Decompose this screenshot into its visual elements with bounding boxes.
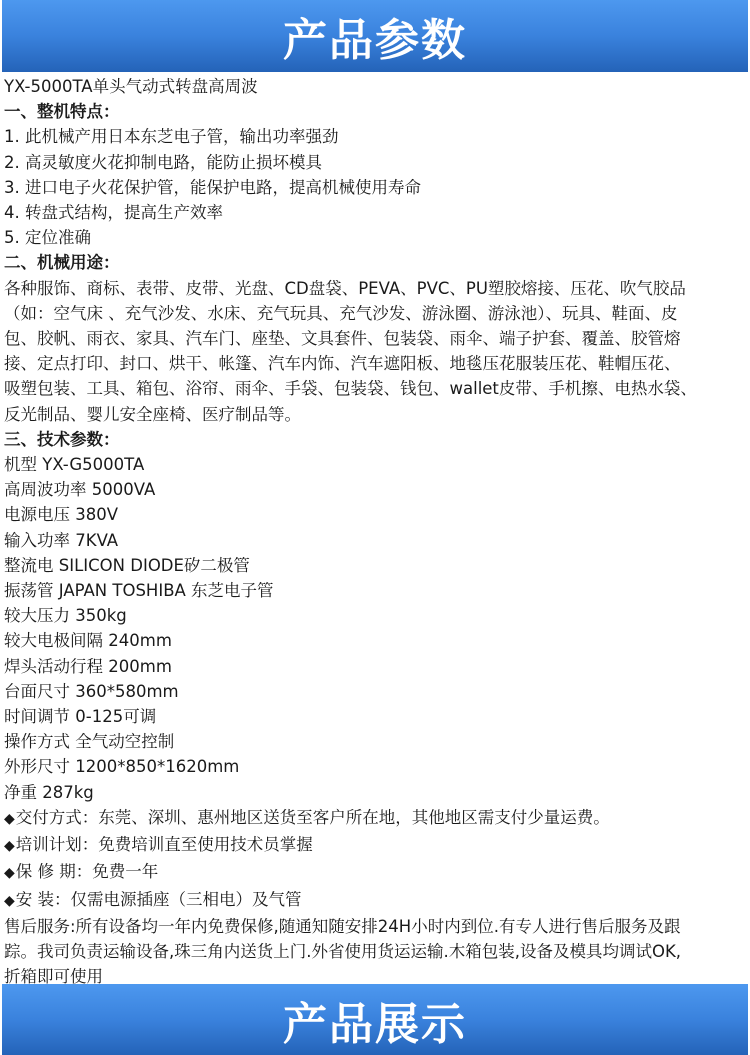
service-text: 交付方式：东莞、深圳、惠州地区送货至客户所在地，其他地区需支付少量运费。 — [16, 808, 610, 827]
spec-value: YX-G5000TA — [42, 455, 144, 474]
uses-text-line: （如：空气床 、充气沙发、水床、充气玩具、充气沙发、游泳圈、游泳池）、玩具、鞋面… — [4, 301, 746, 326]
spec-value: 360*580mm — [75, 682, 178, 701]
section-heading-uses: 二、机械用途： — [4, 250, 746, 275]
spec-row-net-weight: 净重 287kg — [4, 780, 746, 805]
spec-label: 振荡管 — [4, 581, 54, 600]
banner-product-params: 产品参数 — [2, 0, 748, 72]
uses-text-line: 接、定点打印、封口、烘干、帐篷、汽车内饰、汽车遮阳板、地毯压花服装压花、鞋帽压花… — [4, 351, 746, 376]
spec-label: 台面尺寸 — [4, 682, 70, 701]
service-text: 保 修 期：免费一年 — [16, 862, 159, 881]
service-text: 安 装：仅需电源插座（三相电）及气管 — [16, 890, 302, 909]
uses-text-line: 各种服饰、商标、表带、皮带、光盘、CD盘袋、PEVA、PVC、PU塑胶熔接、压花… — [4, 276, 746, 301]
spec-label: 操作方式 — [4, 732, 70, 751]
spec-value: 全气动空控制 — [75, 732, 174, 751]
feature-item: 4. 转盘式结构，提高生产效率 — [4, 200, 746, 225]
spec-row-model: 机型 YX-G5000TA — [4, 452, 746, 477]
service-text: 培训计划：免费培训直至使用技术员掌握 — [16, 835, 313, 854]
spec-value: 7KVA — [75, 531, 118, 550]
spec-row-operation: 操作方式 全气动空控制 — [4, 729, 746, 754]
spec-value: 1200*850*1620mm — [75, 757, 239, 776]
diamond-bullet-icon: ◆ — [4, 889, 15, 914]
section-heading-features: 一、整机特点： — [4, 99, 746, 124]
feature-item: 3. 进口电子火花保护管，能保护电路，提高机械使用寿命 — [4, 175, 746, 200]
spec-row-dimensions: 外形尺寸 1200*850*1620mm — [4, 754, 746, 779]
spec-value: 5000VA — [92, 480, 156, 499]
spec-label: 净重 — [4, 783, 37, 802]
spec-label: 整流电 — [4, 556, 54, 575]
feature-item: 1. 此机械产用日本东芝电子管，输出功率强劲 — [4, 124, 746, 149]
uses-text-line: 包、胶帆、雨衣、家具、汽车门、座垫、文具套件、包装袋、雨伞、端子护套、覆盖、胶管… — [4, 326, 746, 351]
spec-value: 240mm — [108, 631, 172, 650]
spec-label: 外形尺寸 — [4, 757, 70, 776]
section-heading-specs: 三、技术参数： — [4, 427, 746, 452]
spec-row-oscillator: 振荡管 JAPAN TOSHIBA 东芝电子管 — [4, 578, 746, 603]
spec-label: 较大压力 — [4, 606, 70, 625]
spec-label: 较大电极间隔 — [4, 631, 103, 650]
spec-value: 0-125可调 — [75, 707, 156, 726]
spec-value: 350kg — [75, 606, 127, 625]
spec-label: 时间调节 — [4, 707, 70, 726]
uses-text-line: 吸塑包装、工具、箱包、浴帘、雨伞、手袋、包装袋、钱包、wallet皮带、手机擦、… — [4, 376, 746, 401]
spec-label: 高周波功率 — [4, 480, 87, 499]
after-sales-line: 踪。我司负责运输设备,珠三角内送货上门.外省使用货运运输.木箱包装,设备及模具均… — [4, 939, 746, 964]
spec-row-rectifier: 整流电 SILICON DIODE矽二极管 — [4, 553, 746, 578]
banner-title-showcase: 产品展示 — [283, 988, 467, 1052]
spec-value: 200mm — [108, 657, 172, 676]
spec-value: SILICON DIODE矽二极管 — [59, 556, 250, 575]
spec-row-time-adjust: 时间调节 0-125可调 — [4, 704, 746, 729]
spec-row-max-pressure: 较大压力 350kg — [4, 603, 746, 628]
service-training: ◆培训计划：免费培训直至使用技术员掌握 — [4, 832, 746, 859]
spec-row-hf-power: 高周波功率 5000VA — [4, 477, 746, 502]
service-warranty: ◆保 修 期：免费一年 — [4, 859, 746, 886]
spec-row-stroke: 焊头活动行程 200mm — [4, 654, 746, 679]
spec-row-voltage: 电源电压 380V — [4, 502, 746, 527]
spec-row-electrode-gap: 较大电极间隔 240mm — [4, 628, 746, 653]
spec-value: 380V — [75, 505, 118, 524]
spec-value: 287kg — [42, 783, 94, 802]
spec-row-table-size: 台面尺寸 360*580mm — [4, 679, 746, 704]
service-installation: ◆安 装：仅需电源插座（三相电）及气管 — [4, 887, 746, 914]
feature-item: 5. 定位准确 — [4, 225, 746, 250]
spec-row-input-power: 输入功率 7KVA — [4, 528, 746, 553]
diamond-bullet-icon: ◆ — [4, 834, 15, 859]
product-title: YX-5000TA单头气动式转盘高周波 — [4, 74, 746, 99]
spec-label: 电源电压 — [4, 505, 70, 524]
feature-item: 2. 高灵敏度火花抑制电路，能防止损坏模具 — [4, 150, 746, 175]
diamond-bullet-icon: ◆ — [4, 807, 15, 832]
spec-label: 机型 — [4, 455, 37, 474]
uses-text-line: 反光制品、婴儿安全座椅、医疗制品等。 — [4, 402, 746, 427]
banner-product-showcase: 产品展示 — [2, 984, 748, 1055]
spec-label: 输入功率 — [4, 531, 70, 550]
spec-value: JAPAN TOSHIBA 东芝电子管 — [59, 581, 274, 600]
product-description: YX-5000TA单头气动式转盘高周波 一、整机特点： 1. 此机械产用日本东芝… — [4, 74, 746, 989]
service-delivery: ◆交付方式：东莞、深圳、惠州地区送货至客户所在地，其他地区需支付少量运费。 — [4, 805, 746, 832]
banner-title-params: 产品参数 — [283, 4, 467, 68]
spec-label: 焊头活动行程 — [4, 657, 103, 676]
diamond-bullet-icon: ◆ — [4, 861, 15, 886]
after-sales-line: 售后服务:所有设备均一年内免费保修,随通知随安排24H小时内到位.有专人进行售后… — [4, 914, 746, 939]
